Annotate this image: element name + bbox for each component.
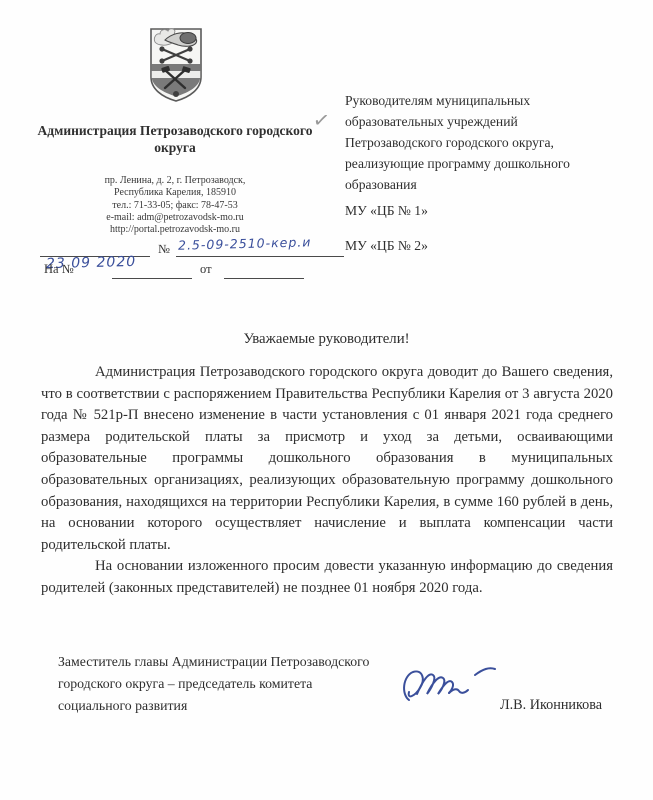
reference-fields: 23 09 2020 № 2.5-09-2510-кер.и На № от [38,236,328,288]
recipients-block: Руководителям муниципальных образователь… [345,90,597,195]
letter-body: Администрация Петрозаводского городского… [41,362,613,600]
body-paragraph-1: Администрация Петрозаводского городского… [41,362,613,556]
from-label: от [200,262,212,277]
organization-address-block: пр. Ленина, д. 2, г. Петрозаводск, Респу… [30,175,320,236]
date-underline: 23 09 2020 [40,256,150,257]
reply-to-label: На № [44,262,74,277]
address-line: пр. Ленина, д. 2, г. Петрозаводск, [30,175,320,187]
body-paragraph-2: На основании изложенного просим довести … [41,556,613,599]
recipient-cb1: МУ «ЦБ № 1» [345,203,428,219]
organization-name: Администрация Петрозаводского городского… [30,122,320,156]
scanned-letter-page: Администрация Петрозаводского городского… [0,0,653,800]
address-line: Республика Карелия, 185910 [30,187,320,199]
signatory-name: Л.В. Иконникова [500,697,602,714]
handwritten-signature [395,660,515,712]
recipient-cb2: МУ «ЦБ № 2» [345,238,428,254]
from-underline [224,278,304,279]
address-line: e-mail: adm@petrozavodsk-mo.ru [30,212,320,224]
handwritten-number: 2.5-09-2510-кер.и [178,234,312,252]
salutation: Уважаемые руководители! [0,331,653,348]
reply-underline [112,278,192,279]
number-underline [176,256,344,257]
handwritten-checkmark: ✓ [311,107,331,133]
number-label: № [158,242,170,257]
address-line: тел.: 71-33-05; факс: 78-47-53 [30,200,320,212]
signatory-position: Заместитель главы Администрации Петрозав… [58,651,388,717]
petrozavodsk-coat-of-arms-icon [147,26,205,104]
